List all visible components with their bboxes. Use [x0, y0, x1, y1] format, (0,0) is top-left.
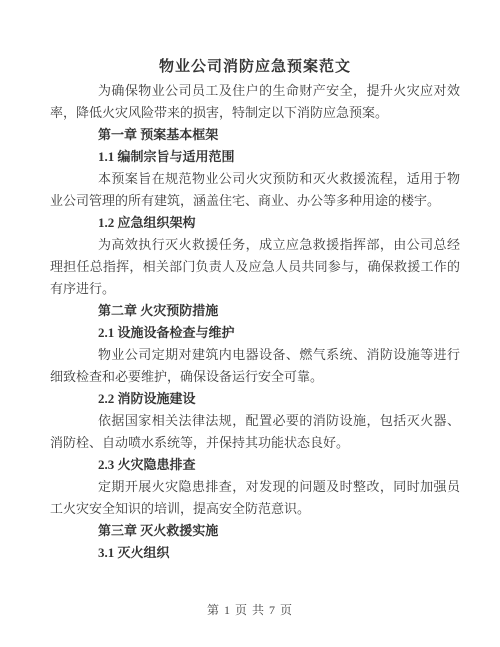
paragraph: 依据国家相关法律法规，配置必要的消防设施，包括灭火器、消防栓、自动喷水系统等，并… [50, 410, 460, 454]
paragraph: 定期开展火灾隐患排查，对发现的问题及时整改，同时加强员工火灾安全知识的培训，提高… [50, 476, 460, 520]
paragraph: 为高效执行灭火救援任务，成立应急救援指挥部，由公司总经理担任总指挥，相关部门负责… [50, 234, 460, 300]
paragraph: 物业公司定期对建筑内电器设备、燃气系统、消防设施等进行细致检查和必要维护，确保设… [50, 344, 460, 388]
section-heading: 2.1 设施设备检查与维护 [50, 322, 460, 344]
page-footer: 第 1 页 共 7 页 [0, 603, 500, 617]
section-heading: 第二章 火灾预防措施 [50, 300, 460, 322]
section-heading: 第一章 预案基本框架 [50, 124, 460, 146]
section-heading: 2.3 火灾隐患排查 [50, 454, 460, 476]
document-body: 为确保物业公司员工及住户的生命财产安全，提升火灾应对效率，降低火灾风险带来的损害… [50, 80, 460, 564]
page-number: 第 1 页 共 7 页 [207, 603, 293, 617]
paragraph: 为确保物业公司员工及住户的生命财产安全，提升火灾应对效率，降低火灾风险带来的损害… [50, 80, 460, 124]
section-heading: 1.1 编制宗旨与适用范围 [50, 146, 460, 168]
section-heading: 3.1 灭火组织 [50, 542, 460, 564]
section-heading: 1.2 应急组织架构 [50, 212, 460, 234]
document-title: 物业公司消防应急预案范文 [50, 54, 460, 80]
section-heading: 第三章 灭火救援实施 [50, 520, 460, 542]
section-heading: 2.2 消防设施建设 [50, 388, 460, 410]
paragraph: 本预案旨在规范物业公司火灾预防和灭火救援流程，适用于物业公司管理的所有建筑，涵盖… [50, 168, 460, 212]
document-page: 物业公司消防应急预案范文 为确保物业公司员工及住户的生命财产安全，提升火灾应对效… [0, 0, 500, 647]
